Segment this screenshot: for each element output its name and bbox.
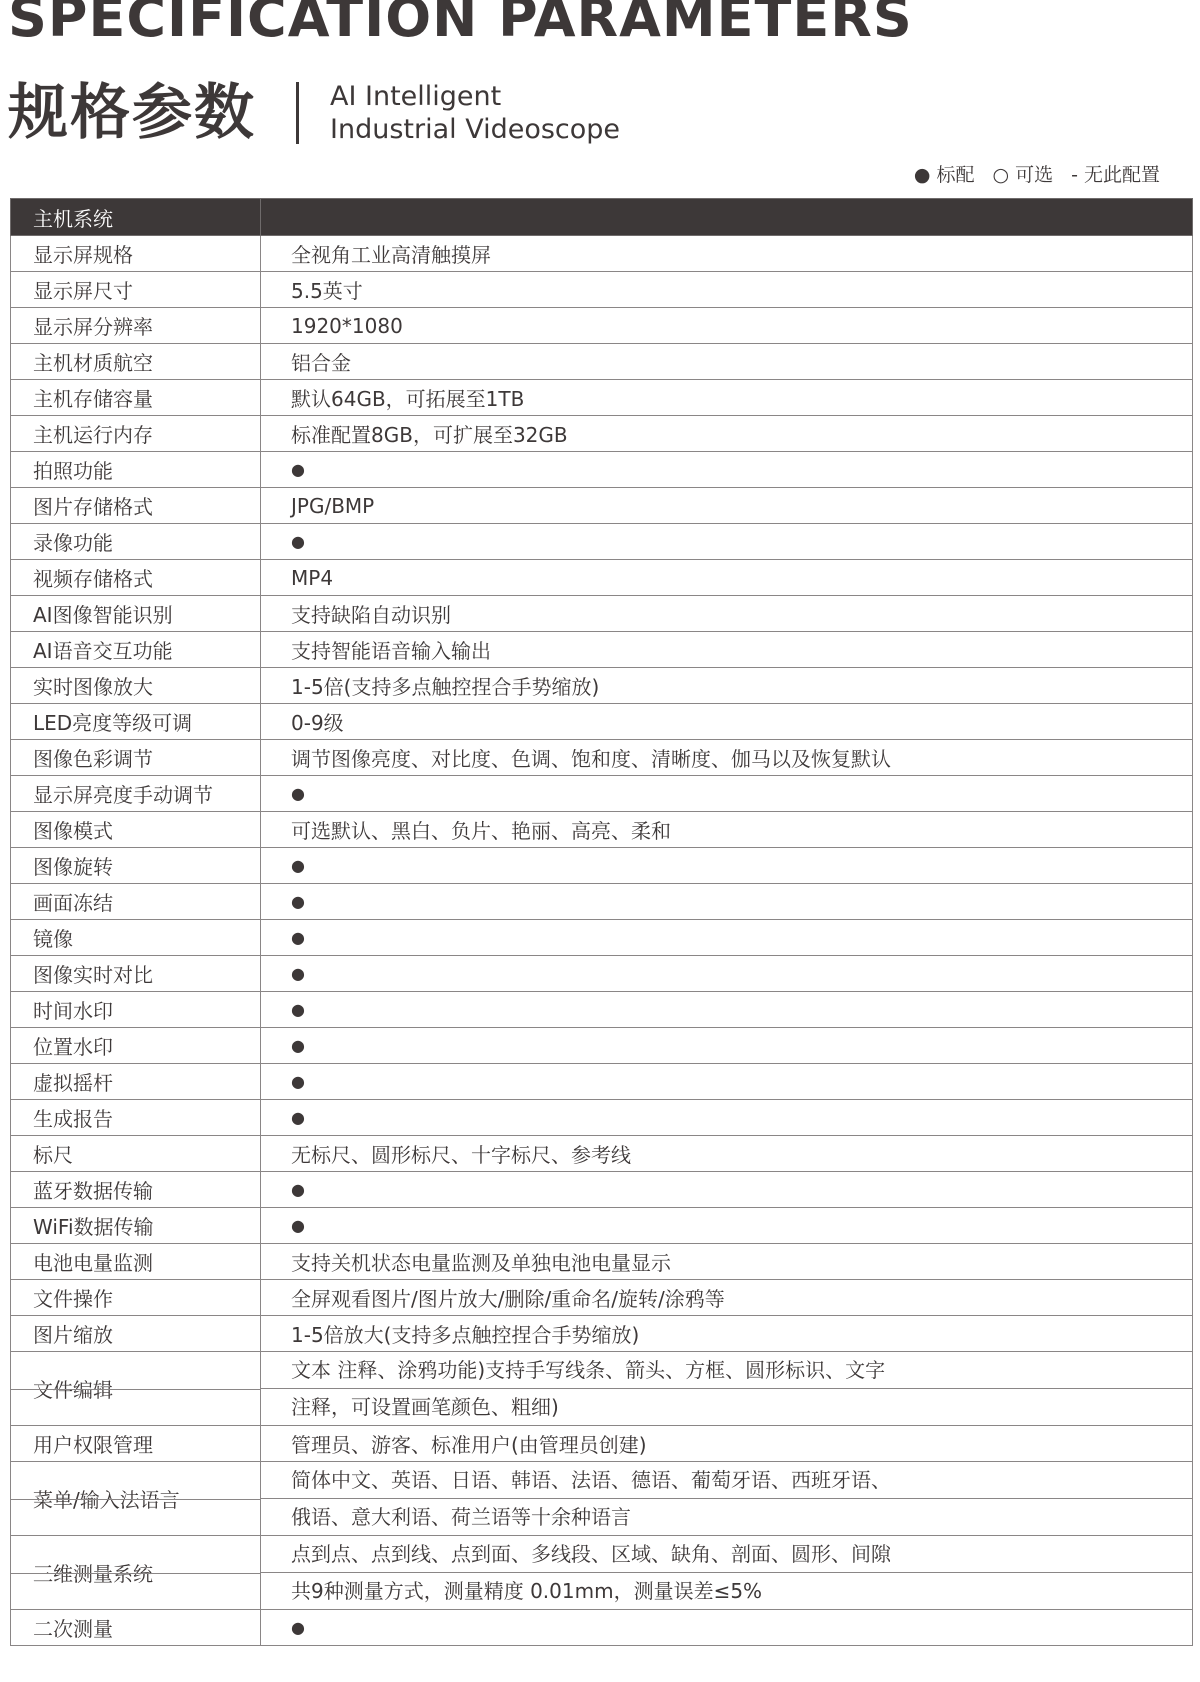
spec-label: AI图像智能识别 bbox=[11, 596, 261, 632]
table-row: WiFi数据传输● bbox=[11, 1208, 1193, 1244]
legend: ● 标配 ○ 可选 - 无此配置 bbox=[914, 160, 1160, 187]
spec-label: 显示屏尺寸 bbox=[11, 272, 261, 308]
spec-label: 显示屏分辨率 bbox=[11, 308, 261, 344]
table-row: 图像旋转● bbox=[11, 848, 1193, 884]
spec-label: AI语音交互功能 bbox=[11, 632, 261, 668]
table-row: 虚拟摇杆● bbox=[11, 1064, 1193, 1100]
table-row: 画面冻结● bbox=[11, 884, 1193, 920]
spec-value: 点到点、点到线、点到面、多线段、区域、缺角、剖面、圆形、间隙共9种测量方式，测量… bbox=[261, 1536, 1193, 1610]
table-row: AI语音交互功能支持智能语音输入输出 bbox=[11, 632, 1193, 668]
standard-dot-icon: ● bbox=[261, 920, 1193, 956]
spec-label: 显示屏亮度手动调节 bbox=[11, 776, 261, 812]
spec-label-text: 菜单/输入法语言 bbox=[33, 1484, 260, 1513]
value-line-2: 俄语、意大利语、荷兰语等十余种语言 bbox=[261, 1498, 1192, 1535]
section-header-empty bbox=[261, 199, 1193, 236]
spec-label: WiFi数据传输 bbox=[11, 1208, 261, 1244]
row-divider bbox=[11, 1389, 260, 1391]
spec-value: 简体中文、英语、日语、韩语、法语、德语、葡萄牙语、西班牙语、俄语、意大利语、荷兰… bbox=[261, 1462, 1193, 1536]
spec-value: MP4 bbox=[261, 560, 1193, 596]
spec-value: 支持关机状态电量监测及单独电池电量显示 bbox=[261, 1244, 1193, 1280]
spec-value: 全屏观看图片/图片放大/删除/重命名/旋转/涂鸦等 bbox=[261, 1280, 1193, 1316]
table-row: LED亮度等级可调0-9级 bbox=[11, 704, 1193, 740]
legend-optional: ○ 可选 bbox=[992, 160, 1053, 187]
spec-table: 主机系统 显示屏规格全视角工业高清触摸屏显示屏尺寸5.5英寸显示屏分辨率1920… bbox=[10, 198, 1193, 1646]
spec-value: 5.5英寸 bbox=[261, 272, 1193, 308]
table-row: 电池电量监测支持关机状态电量监测及单独电池电量显示 bbox=[11, 1244, 1193, 1280]
value-lines: 简体中文、英语、日语、韩语、法语、德语、葡萄牙语、西班牙语、俄语、意大利语、荷兰… bbox=[261, 1462, 1192, 1535]
spec-label: 主机材质航空 bbox=[11, 344, 261, 380]
table-row: 视频存储格式MP4 bbox=[11, 560, 1193, 596]
table-row: 二次测量● bbox=[11, 1610, 1193, 1646]
spec-label: 图片缩放 bbox=[11, 1316, 261, 1352]
table-row: 用户权限管理管理员、游客、标准用户(由管理员创建) bbox=[11, 1426, 1193, 1462]
label-text: 文件编辑 bbox=[33, 1378, 113, 1402]
table-row: 主机运行内存标准配置8GB，可扩展至32GB bbox=[11, 416, 1193, 452]
spec-label: 图像色彩调节 bbox=[11, 740, 261, 776]
table-row: 图像模式可选默认、黑白、负片、艳丽、高亮、柔和 bbox=[11, 812, 1193, 848]
value-line-1: 文本 注释、涂鸦功能)支持手写线条、箭头、方框、圆形标识、文字 bbox=[261, 1352, 1192, 1388]
table-row: 位置水印● bbox=[11, 1028, 1193, 1064]
spec-label: 三维测量系统 bbox=[11, 1536, 261, 1610]
table-row: 标尺无标尺、圆形标尺、十字标尺、参考线 bbox=[11, 1136, 1193, 1172]
table-row: 菜单/输入法语言简体中文、英语、日语、韩语、法语、德语、葡萄牙语、西班牙语、俄语… bbox=[11, 1462, 1193, 1536]
spec-value: 1-5倍放大(支持多点触控捏合手势缩放) bbox=[261, 1316, 1193, 1352]
spec-value: 调节图像亮度、对比度、色调、饱和度、清晰度、伽马以及恢复默认 bbox=[261, 740, 1193, 776]
standard-dot-icon: ● bbox=[261, 956, 1193, 992]
standard-dot-icon: ● bbox=[261, 848, 1193, 884]
page-title-cn: 规格参数 bbox=[8, 78, 256, 148]
spec-label: 二次测量 bbox=[11, 1610, 261, 1646]
spec-value: 文本 注释、涂鸦功能)支持手写线条、箭头、方框、圆形标识、文字注释，可设置画笔颜… bbox=[261, 1352, 1193, 1426]
page-title-en: SPECIFICATION PARAMETERS bbox=[8, 0, 913, 50]
table-row: 镜像● bbox=[11, 920, 1193, 956]
spec-label-text: 三维测量系统 bbox=[33, 1558, 260, 1587]
spec-value: 铝合金 bbox=[261, 344, 1193, 380]
value-line-2: 共9种测量方式，测量精度 0.01mm，测量误差≤5% bbox=[261, 1572, 1192, 1609]
spec-label: 实时图像放大 bbox=[11, 668, 261, 704]
standard-dot-icon: ● bbox=[261, 1610, 1193, 1646]
standard-dot-icon: ● bbox=[261, 992, 1193, 1028]
spec-label: 文件编辑 bbox=[11, 1352, 261, 1426]
table-row: 显示屏亮度手动调节● bbox=[11, 776, 1193, 812]
spec-label: LED亮度等级可调 bbox=[11, 704, 261, 740]
table-row: 蓝牙数据传输● bbox=[11, 1172, 1193, 1208]
table-row: 显示屏规格全视角工业高清触摸屏 bbox=[11, 236, 1193, 272]
table-row: 图像色彩调节调节图像亮度、对比度、色调、饱和度、清晰度、伽马以及恢复默认 bbox=[11, 740, 1193, 776]
table-row: 主机材质航空铝合金 bbox=[11, 344, 1193, 380]
standard-dot-icon: ● bbox=[261, 1172, 1193, 1208]
table-row: 图片存储格式JPG/BMP bbox=[11, 488, 1193, 524]
value-lines: 点到点、点到线、点到面、多线段、区域、缺角、剖面、圆形、间隙共9种测量方式，测量… bbox=[261, 1536, 1192, 1609]
spec-value: 全视角工业高清触摸屏 bbox=[261, 236, 1193, 272]
standard-dot-icon: ● bbox=[261, 452, 1193, 488]
label-text: 菜单/输入法语言 bbox=[33, 1488, 180, 1512]
spec-label: 时间水印 bbox=[11, 992, 261, 1028]
legend-none: - 无此配置 bbox=[1071, 160, 1160, 187]
table-row: 录像功能● bbox=[11, 524, 1193, 560]
spec-label-text: 文件编辑 bbox=[33, 1374, 260, 1403]
table-row: 显示屏尺寸5.5英寸 bbox=[11, 272, 1193, 308]
title-divider bbox=[296, 82, 299, 144]
label-text: 三维测量系统 bbox=[33, 1562, 153, 1586]
spec-label: 生成报告 bbox=[11, 1100, 261, 1136]
spec-label: 文件操作 bbox=[11, 1280, 261, 1316]
table-row: 显示屏分辨率1920*1080 bbox=[11, 308, 1193, 344]
legend-standard: ● 标配 bbox=[914, 160, 975, 187]
standard-dot-icon: ● bbox=[261, 1208, 1193, 1244]
spec-label: 视频存储格式 bbox=[11, 560, 261, 596]
table-row: 三维测量系统点到点、点到线、点到面、多线段、区域、缺角、剖面、圆形、间隙共9种测… bbox=[11, 1536, 1193, 1610]
spec-value: 默认64GB，可拓展至1TB bbox=[261, 380, 1193, 416]
table-row: 生成报告● bbox=[11, 1100, 1193, 1136]
row-divider bbox=[11, 1499, 260, 1501]
spec-label: 画面冻结 bbox=[11, 884, 261, 920]
spec-value: 0-9级 bbox=[261, 704, 1193, 740]
standard-dot-icon: ● bbox=[261, 1028, 1193, 1064]
spec-label: 镜像 bbox=[11, 920, 261, 956]
spec-label: 蓝牙数据传输 bbox=[11, 1172, 261, 1208]
spec-label: 标尺 bbox=[11, 1136, 261, 1172]
section-title: 主机系统 bbox=[11, 199, 261, 236]
subtitle-line-1: AI Intelligent bbox=[330, 80, 620, 113]
value-line-1: 简体中文、英语、日语、韩语、法语、德语、葡萄牙语、西班牙语、 bbox=[261, 1462, 1192, 1498]
spec-label: 图像实时对比 bbox=[11, 956, 261, 992]
value-lines: 文本 注释、涂鸦功能)支持手写线条、箭头、方框、圆形标识、文字注释，可设置画笔颜… bbox=[261, 1352, 1192, 1425]
spec-value: 无标尺、圆形标尺、十字标尺、参考线 bbox=[261, 1136, 1193, 1172]
spec-value: JPG/BMP bbox=[261, 488, 1193, 524]
spec-value: 管理员、游客、标准用户(由管理员创建) bbox=[261, 1426, 1193, 1462]
product-subtitle: AI Intelligent Industrial Videoscope bbox=[330, 80, 620, 146]
table-row: 图像实时对比● bbox=[11, 956, 1193, 992]
spec-label: 图像旋转 bbox=[11, 848, 261, 884]
table-row: 拍照功能● bbox=[11, 452, 1193, 488]
table-row: 文件编辑文本 注释、涂鸦功能)支持手写线条、箭头、方框、圆形标识、文字注释，可设… bbox=[11, 1352, 1193, 1426]
spec-label: 显示屏规格 bbox=[11, 236, 261, 272]
spec-label: 位置水印 bbox=[11, 1028, 261, 1064]
spec-label: 用户权限管理 bbox=[11, 1426, 261, 1462]
spec-value: 1920*1080 bbox=[261, 308, 1193, 344]
spec-label: 菜单/输入法语言 bbox=[11, 1462, 261, 1536]
table-row: 时间水印● bbox=[11, 992, 1193, 1028]
section-header-row: 主机系统 bbox=[11, 199, 1193, 236]
table-row: AI图像智能识别支持缺陷自动识别 bbox=[11, 596, 1193, 632]
spec-value: 可选默认、黑白、负片、艳丽、高亮、柔和 bbox=[261, 812, 1193, 848]
standard-dot-icon: ● bbox=[261, 1100, 1193, 1136]
table-row: 图片缩放1-5倍放大(支持多点触控捏合手势缩放) bbox=[11, 1316, 1193, 1352]
standard-dot-icon: ● bbox=[261, 776, 1193, 812]
spec-label: 拍照功能 bbox=[11, 452, 261, 488]
spec-value: 支持缺陷自动识别 bbox=[261, 596, 1193, 632]
spec-label: 图片存储格式 bbox=[11, 488, 261, 524]
spec-label: 主机存储容量 bbox=[11, 380, 261, 416]
standard-dot-icon: ● bbox=[261, 884, 1193, 920]
row-divider bbox=[11, 1573, 260, 1575]
spec-label: 图像模式 bbox=[11, 812, 261, 848]
spec-value: 1-5倍(支持多点触控捏合手势缩放) bbox=[261, 668, 1193, 704]
subtitle-line-2: Industrial Videoscope bbox=[330, 113, 620, 146]
value-line-1: 点到点、点到线、点到面、多线段、区域、缺角、剖面、圆形、间隙 bbox=[261, 1536, 1192, 1572]
standard-dot-icon: ● bbox=[261, 1064, 1193, 1100]
spec-value: 标准配置8GB，可扩展至32GB bbox=[261, 416, 1193, 452]
table-row: 主机存储容量默认64GB，可拓展至1TB bbox=[11, 380, 1193, 416]
table-row: 文件操作全屏观看图片/图片放大/删除/重命名/旋转/涂鸦等 bbox=[11, 1280, 1193, 1316]
table-row: 实时图像放大1-5倍(支持多点触控捏合手势缩放) bbox=[11, 668, 1193, 704]
spec-value: 支持智能语音输入输出 bbox=[261, 632, 1193, 668]
spec-label: 虚拟摇杆 bbox=[11, 1064, 261, 1100]
spec-label: 电池电量监测 bbox=[11, 1244, 261, 1280]
standard-dot-icon: ● bbox=[261, 524, 1193, 560]
value-line-2: 注释，可设置画笔颜色、粗细) bbox=[261, 1388, 1192, 1425]
spec-label: 录像功能 bbox=[11, 524, 261, 560]
spec-label: 主机运行内存 bbox=[11, 416, 261, 452]
